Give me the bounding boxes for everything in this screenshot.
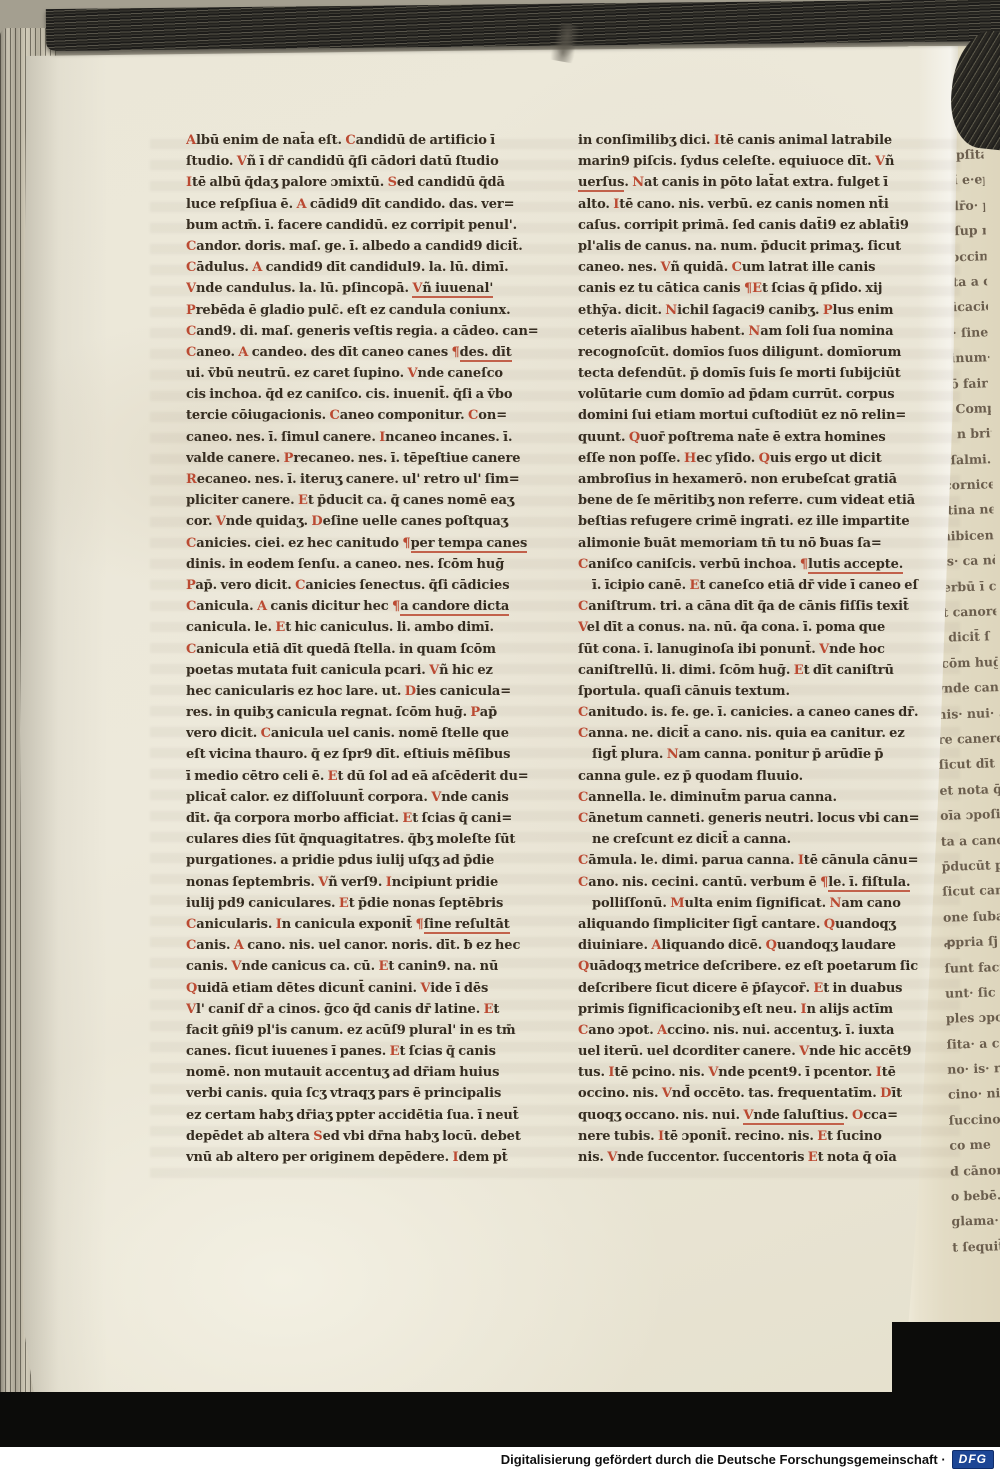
text-line: Caneo. A candeo. des dīt caneo canes ¶de… [186, 342, 544, 363]
text-line: Cādulus. A candid9 dīt candidul9. la. lū… [186, 257, 544, 278]
text-line: vero dicit. Canicula uel canis. nomē ſte… [186, 723, 544, 744]
text-line: caneo. nes. Vñ quidā. Cum latrat ille ca… [578, 257, 936, 278]
text-line: Canitudo. is. fe. ge. ī. canicies. a can… [578, 702, 936, 723]
text-line: bene de ſe mēritibʒ non referre. cum vid… [578, 490, 936, 511]
text-line: primis ſignificacionibʒ eſt neu. In alij… [578, 999, 936, 1020]
text-line: ſportula. quaſi cānuis textum. [578, 681, 936, 702]
text-line: eſt vicina thauro. q̄ ez ſpr9 dīt. eſtiu… [186, 744, 544, 765]
text-line: Cano ɔpot. Accino. nis. nui. accentuʒ. ī… [578, 1020, 936, 1041]
text-line: polliſſonū. Multa enim ſignificat. Nam c… [578, 893, 936, 914]
text-line: Itē albū q̄daʒ palore ɔmixtū. Sed candid… [186, 172, 544, 193]
text-line: culares dies ſūt q̄nquagitatres. q̄bʒ mo… [186, 829, 544, 850]
text-line: Canicula. A canis dicitur hec ¶a candore… [186, 596, 544, 617]
text-line: canes. ſicut iuuenes ī panes. Et ſcias q… [186, 1041, 544, 1062]
text-line: ethȳa. dicit. Nichil ſagaci9 canibʒ. Plu… [578, 300, 936, 321]
text-line: caſus. corripit primā. ſed canis dat̄i9 … [578, 215, 936, 236]
text-line: Vel dīt a conus. na. nū. q̄a cona. ī. po… [578, 617, 936, 638]
text-column-right: in conſimilibʒ dici. Itē canis animal la… [578, 130, 936, 1172]
text-line: beſtias refugere crimē ingrati. ez ille … [578, 511, 936, 532]
text-line: Canicula etiā dīt quedā ſtella. in quam … [186, 639, 544, 660]
text-line: luce reſpſiua ē. A cādid9 dīt candido. d… [186, 194, 544, 215]
text-line: pliciter canere. Et p̄ducit ca. q̄ canes… [186, 490, 544, 511]
text-line: recognoſcūt. domīos ſuos diligunt. domīo… [578, 342, 936, 363]
digitized-manuscript-scan: ebī opſita aquo ī e·eptepdī ī dr̄o· pemu… [0, 0, 1000, 1471]
text-line: nomē. non mutauit accentuʒ ad dr̄iam hui… [186, 1062, 544, 1083]
next-page-text-line: glama· e [951, 1207, 1000, 1234]
text-line: canis ez tu cātica canis ¶Et ſcias q̄ pſ… [578, 278, 936, 299]
next-page-text-line: t ſequit̄ [952, 1233, 1000, 1260]
text-line: nis. Vnde ſuccentor. ſuccentoris Et nota… [578, 1147, 936, 1168]
text-line: ſigt̄ plura. Nam canna. ponitur p̄ arūdī… [578, 744, 936, 765]
text-line: domini ſui etiam mortui cuſtodiūt ez nō … [578, 405, 936, 426]
text-line: tercie cōiugacionis. Caneo componitur. C… [186, 405, 544, 426]
text-line: Canis. A cano. nis. uel canor. noris. dī… [186, 935, 544, 956]
text-line: volūtarie cum domīo ad p̄dam currūt. cor… [578, 384, 936, 405]
text-line: hec canicularis ez hoc lare. ut. Dies ca… [186, 681, 544, 702]
text-line: Quidā etiam dētes dicunt̄ canini. Vide ī… [186, 978, 544, 999]
text-line: Canicies. ciei. ez hec canitudo ¶per tem… [186, 533, 544, 554]
text-line: valde canere. Precaneo. nes. ī. tēpeſtiu… [186, 448, 544, 469]
text-line: poetas mutata fuit canicula pcari. Vñ hi… [186, 660, 544, 681]
text-line: nonas ſeptembris. Vñ verſ9. Incipiunt pr… [186, 872, 544, 893]
text-line: Candor. doris. maſ. ge. ī. albedo a cand… [186, 236, 544, 257]
text-line: ī. īcipio canē. Et caneſco etiā dr̄ vide… [578, 575, 936, 596]
text-line: Cand9. di. maſ. generis veſtis regia. a … [186, 321, 544, 342]
text-line: bum actm̄. ī. facere candidū. ez corripi… [186, 215, 544, 236]
text-line: ſūt cona. ī. lanuginoſa ibi ponunt̄. Vnd… [578, 639, 936, 660]
text-line: Pap̄. vero dicit. Canicies ſenectus. q̄ſ… [186, 575, 544, 596]
text-line: aliquando ſimpliciter ſigt̄ cantare. Qua… [578, 914, 936, 935]
text-line: in conſimilibʒ dici. Itē canis animal la… [578, 130, 936, 151]
text-line: Cannella. le. diminut̄m parua canna. [578, 787, 936, 808]
text-line: ne creſcunt ez dicit̄ a canna. [578, 829, 936, 850]
text-column-left: Albū enim de nat̄a eſt. Candidū de artif… [186, 130, 544, 1172]
text-line: Recaneo. nes. ī. iteruʒ canere. ul' retr… [186, 469, 544, 490]
next-page-text-line: o bebē. B [950, 1182, 1000, 1209]
text-line: tecta defendūt. p̄ domīs ſuis ſe morti ſ… [578, 363, 936, 384]
text-line: Quādoqʒ metrice deſcribere. ez eſt poeta… [578, 956, 936, 977]
text-line: ui. v̄bū neutrū. ez caret ſupino. Vnde c… [186, 363, 544, 384]
text-line: uerſus. Nat canis in pōto lat̄at extra. … [578, 172, 936, 193]
text-line: quoqʒ occano. nis. nui. Vnde ſaluſtius. … [578, 1105, 936, 1126]
text-line: purgationes. a pridie pdus iulij uſqʒ ad… [186, 850, 544, 871]
book-top-edge [46, 0, 1000, 51]
text-line: alto. Itē cano. nis. verbū. ez canis nom… [578, 194, 936, 215]
text-line: Albū enim de nat̄a eſt. Candidū de artif… [186, 130, 544, 151]
text-line: Canna. ne. dicit̄ a cano. nis. quia ea c… [578, 723, 936, 744]
text-line: canna gule. ez p̄ quodam fluuio. [578, 766, 936, 787]
text-line: canicula. le. Et hic caniculus. li. ambo… [186, 617, 544, 638]
text-line: Cano. nis. cecini. cantū. verbum ē ¶le. … [578, 872, 936, 893]
text-line: Caniſco caniſcis. verbū inchoa. ¶lutis a… [578, 554, 936, 575]
text-line: occino. nis. Vnd̄ occēto. tas. frequenta… [578, 1083, 936, 1104]
text-line: caneo. nes. ī. ſimul canere. Incaneo inc… [186, 427, 544, 448]
text-line: cor. Vnde quidaʒ. Deſine uelle canes poſ… [186, 511, 544, 532]
text-line: deſcribere ſicut dicere ē p̄ſaycor̄. Et … [578, 978, 936, 999]
text-line: dīt. q̄a corpora morbo afficiat. Et ſcia… [186, 808, 544, 829]
text-line: ī medio cētro celi ē. Et dū ſol ad eā aſ… [186, 766, 544, 787]
text-line: caniſtrellū. li. dimi. ſcōm huḡ. Et dīt … [578, 660, 936, 681]
text-line: tus. Itē pcino. nis. Vnde pcent9. ī pcen… [578, 1062, 936, 1083]
text-line: eſſe non poſſe. Hec yſido. Quis ergo ut … [578, 448, 936, 469]
text-line: ambroſius in hexamerō. non erubeſcat gra… [578, 469, 936, 490]
text-line: marin9 piſcis. ſydus celeſte. equiuoce d… [578, 151, 936, 172]
text-line: nere tubis. Itē ɔponit̄. recino. nis. Et… [578, 1126, 936, 1147]
text-line: Vl' caniſ dr̄ a cinos. ḡco q̄d canis dr̄… [186, 999, 544, 1020]
text-line: Caniſtrum. tri. a cāna dīt q̄a de cānis … [578, 596, 936, 617]
text-line: cis inchoa. q̄d ez caniſco. cis. inuenit… [186, 384, 544, 405]
text-line: res. in quibʒ canicula regnat. ſcōm huḡ.… [186, 702, 544, 723]
text-line: dinis. in eodem ſenſu. a caneo. nes. ſcō… [186, 554, 544, 575]
text-line: Cānetum canneti. generis neutri. locus v… [578, 808, 936, 829]
text-line: iulij pd9 caniculares. Et p̄die nonas ſe… [186, 893, 544, 914]
text-line: plicat̄ calor. ez diſſoluunt̄ corpora. V… [186, 787, 544, 808]
credit-banner: Digitalisierung gefördert durch die Deut… [0, 1447, 1000, 1471]
text-line: diuiniare. Aliquando dicē. Quandoqʒ laud… [578, 935, 936, 956]
text-line: canis. Vnde canicus ca. cū. Et canin9. n… [186, 956, 544, 977]
credit-text: Digitalisierung gefördert durch die Deut… [501, 1452, 946, 1467]
text-line: facit gn̄i9 pl'is canum. ez acūſ9 plural… [186, 1020, 544, 1041]
text-line: ez certam habʒ dr̄iaʒ ppter accidētia ſu… [186, 1105, 544, 1126]
text-line: vnū ab altero per originem depēdere. Ide… [186, 1147, 544, 1168]
bottom-shadow [0, 1392, 1000, 1447]
text-line: verbi canis. quia ſcʒ vtraqʒ pars ē prin… [186, 1083, 544, 1104]
text-line: quunt. Quor̄ poſtrema nat̄e ē extra homi… [578, 427, 936, 448]
text-line: Canicularis. In canicula exponit̄ ¶ſine … [186, 914, 544, 935]
text-line: Vnde candulus. la. lū. pſincopā. Vñ iuue… [186, 278, 544, 299]
text-line: depēdet ab altera Sed vbi dr̄na habʒ loc… [186, 1126, 544, 1147]
text-line: alimonie ƀuāt memoriam tn̄ tu nō ƀuas ſa… [578, 533, 936, 554]
text-line: ceteris aīalibus habent. Nam ſoli ſua no… [578, 321, 936, 342]
text-line: ſtudio. Vñ ī dr̄ candidū q̄ſi cādori dat… [186, 151, 544, 172]
text-line: Cāmula. le. dimi. parua canna. Itē cānul… [578, 850, 936, 871]
text-line: uel iterū. uel dcorditer canere. Vnde hi… [578, 1041, 936, 1062]
text-line: Prebēda ē gladio pulc̄. eſt ez candula c… [186, 300, 544, 321]
dfg-logo: DFG [952, 1450, 994, 1469]
text-line: pl'alis de canus. na. num. p̄ducit prima… [578, 236, 936, 257]
